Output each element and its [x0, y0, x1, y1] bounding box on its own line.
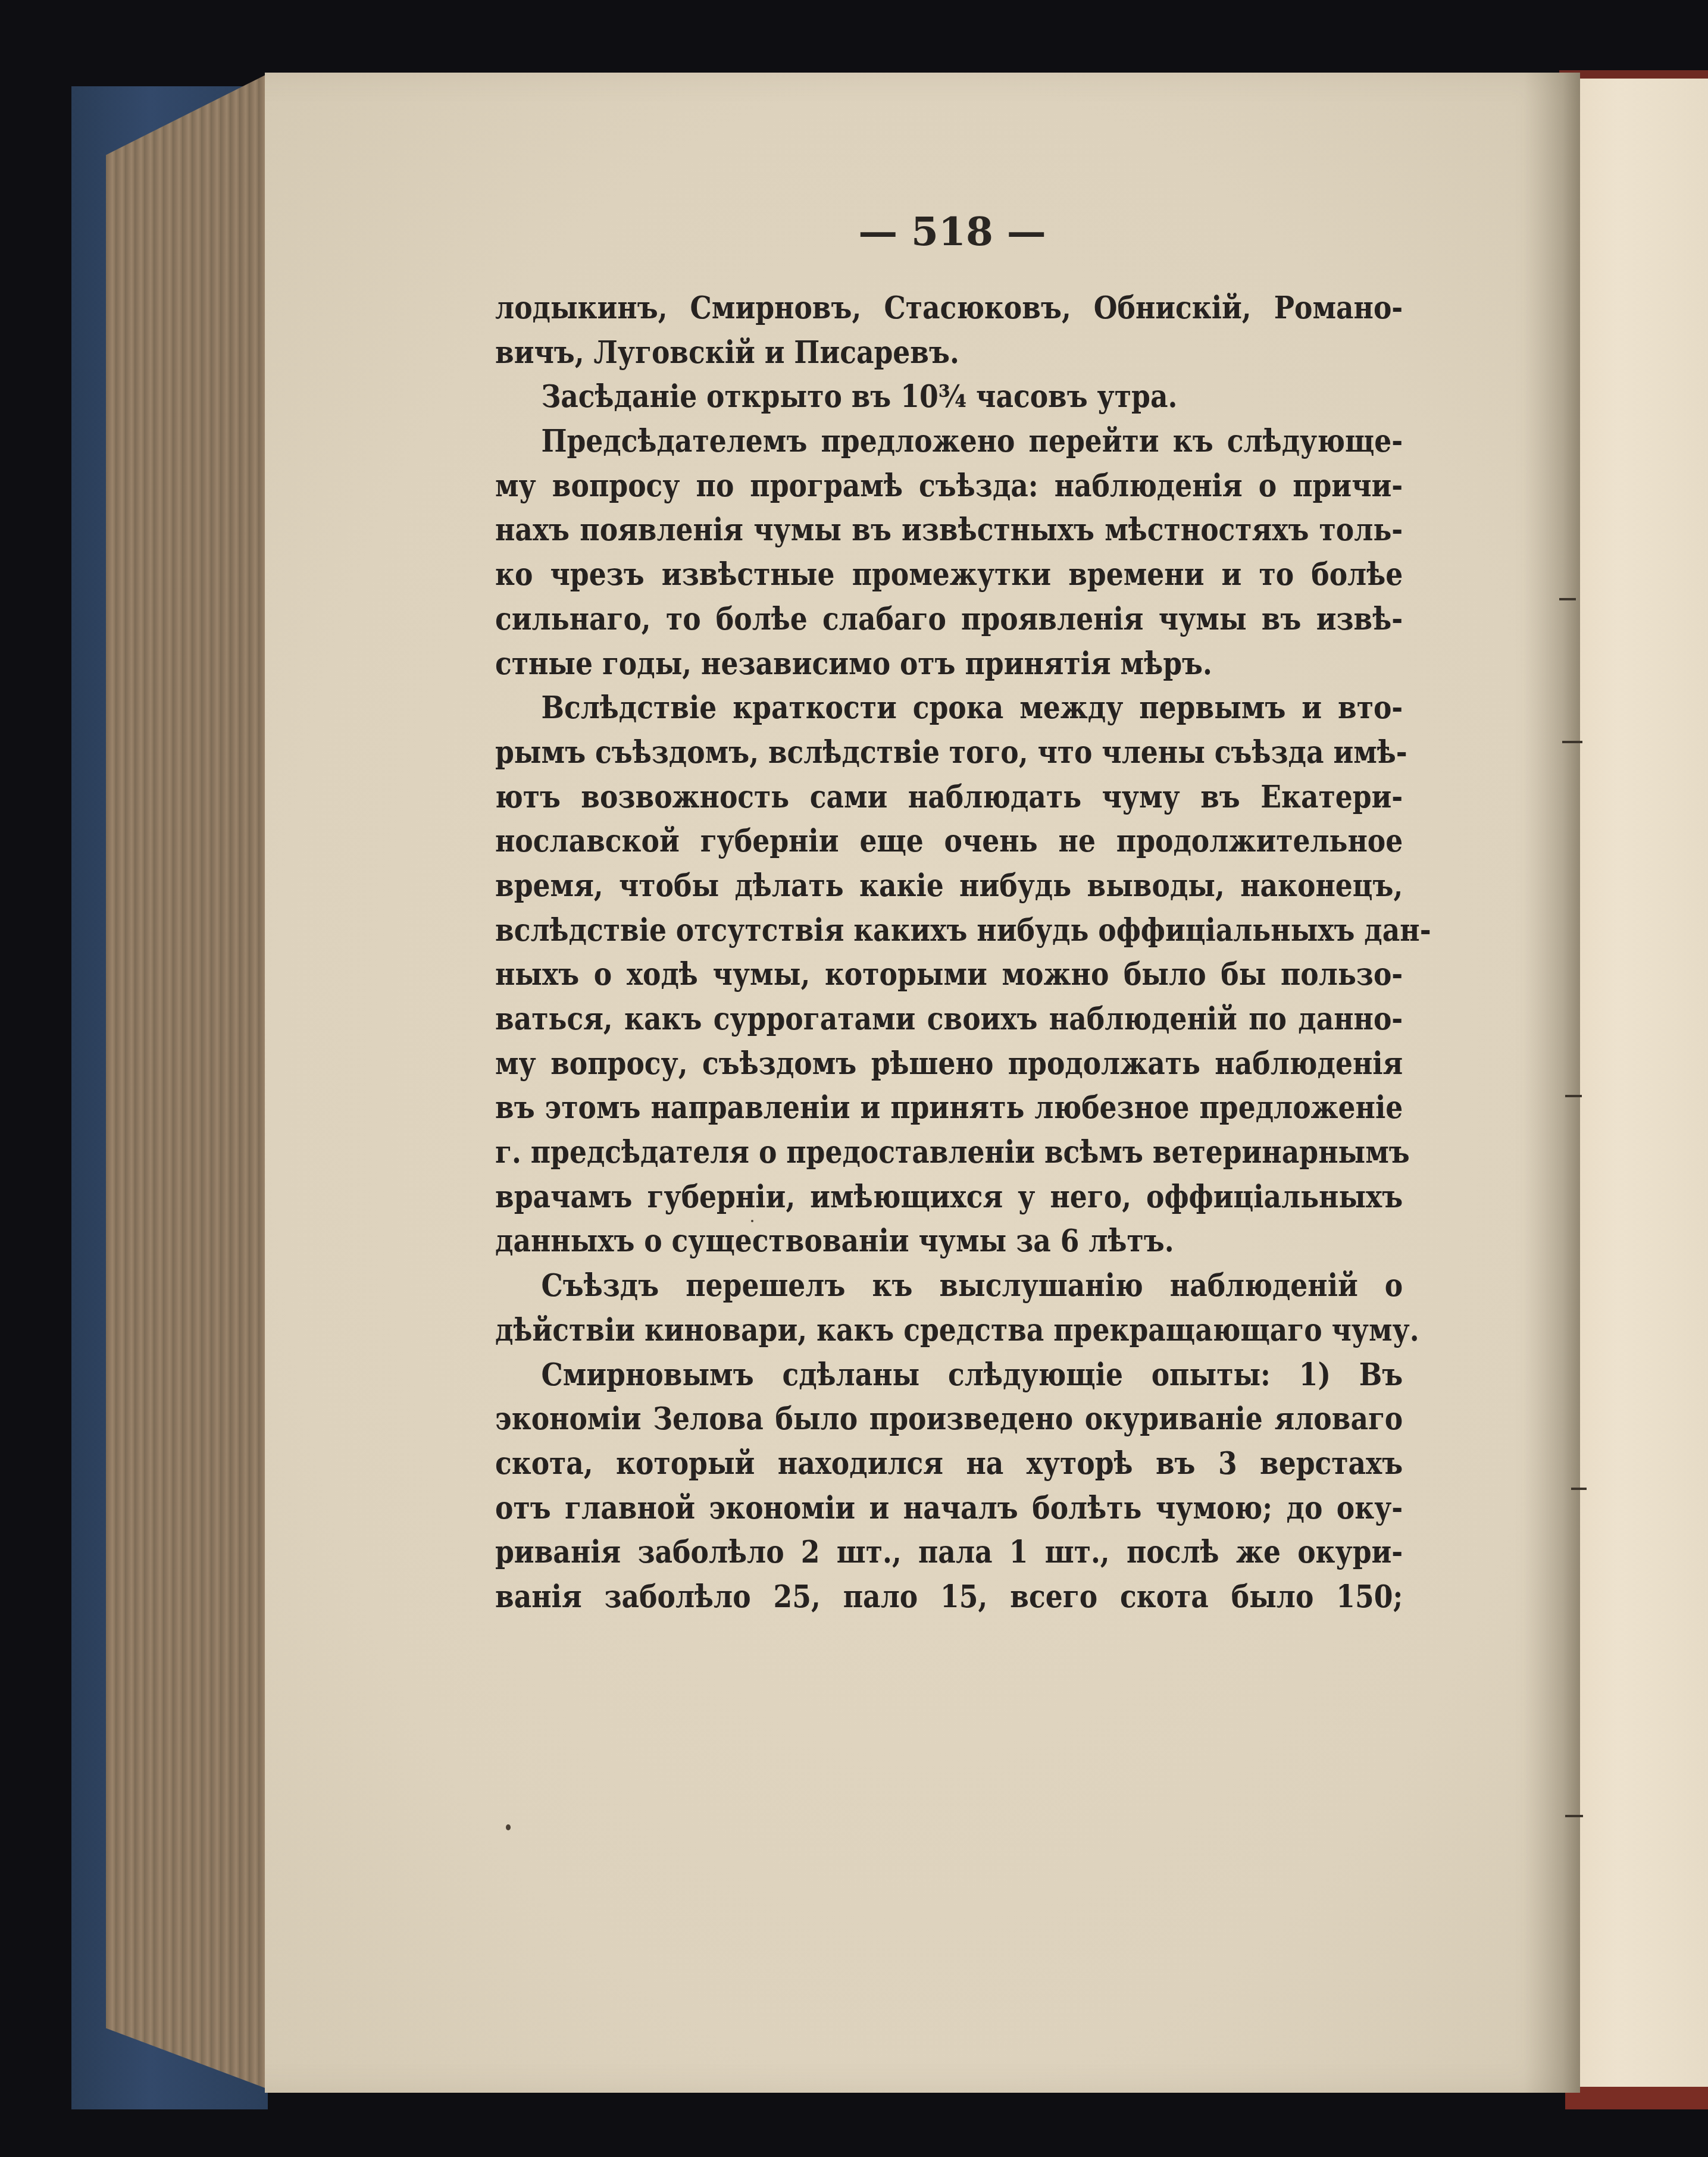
text-line: стные годы, независимо отъ принятія мѣръ…: [495, 641, 1403, 686]
page-gutter-shadow: [1524, 73, 1580, 2093]
text-line: данныхъ о существованіи чумы за 6 лѣтъ.: [495, 1219, 1403, 1263]
text-line: время, чтобы дѣлать какіе нибудь выводы,…: [495, 863, 1403, 908]
text-line: г. предсѣдателя о предоставленіи всѣмъ в…: [495, 1130, 1403, 1175]
text-line: лодыкинъ, Смирновъ, Стасюковъ, Обнискій,…: [495, 286, 1403, 330]
margin-mark: [1571, 1488, 1587, 1490]
text-line: риванія заболѣло 2 шт., пала 1 шт., посл…: [495, 1530, 1403, 1574]
text-line: экономіи Зелова было произведено окурива…: [495, 1397, 1403, 1441]
body-text: лодыкинъ, Смирновъ, Стасюковъ, Обнискій,…: [495, 286, 1403, 1619]
facing-page-edge: [1578, 79, 1708, 2087]
text-line: нахъ появленія чумы въ извѣстныхъ мѣстно…: [495, 508, 1403, 552]
text-line: сильнаго, то болѣе слабаго проявленія чу…: [495, 597, 1403, 641]
text-line: дѣйствіи киновари, какъ средства прекращ…: [495, 1308, 1403, 1353]
text-line: врачамъ губерніи, имѣющихся у него, оффи…: [495, 1175, 1403, 1219]
scanned-book-spread: — 518 — лодыкинъ, Смирновъ, Стасюковъ, О…: [0, 0, 1708, 2157]
text-line: ныхъ о ходѣ чумы, которыми можно было бы…: [495, 952, 1403, 997]
text-line: отъ главной экономіи и началъ болѣть чум…: [495, 1486, 1403, 1530]
text-line: въ этомъ направленіи и принять любезное …: [495, 1085, 1403, 1130]
text-line: ваться, какъ суррогатами своихъ наблюден…: [495, 997, 1403, 1041]
text-line: ютъ возвожность сами наблюдать чуму въ Е…: [495, 775, 1403, 819]
margin-mark: [1565, 1815, 1583, 1817]
text-line: вслѣдствіе отсутствія какихъ нибудь оффи…: [495, 908, 1403, 953]
text-line: му вопросу по програмѣ съѣзда: наблюдені…: [495, 464, 1403, 508]
text-line: вичъ, Луговскій и Писаревъ.: [495, 330, 1403, 375]
text-line: Вслѣдствіе краткости срока между первымъ…: [495, 685, 1403, 730]
text-line: Предсѣдателемъ предложено перейти къ слѣ…: [495, 419, 1403, 464]
margin-mark: [1559, 598, 1576, 600]
paper-speck: [506, 1824, 511, 1830]
text-line: му вопросу, съѣздомъ рѣшено продолжать н…: [495, 1041, 1403, 1086]
text-line: скота, который находился на хуторѣ въ 3 …: [495, 1441, 1403, 1486]
text-line: рымъ съѣздомъ, вслѣдствіе того, что член…: [495, 730, 1403, 775]
text-line: Смирновымъ сдѣланы слѣдующіе опыты: 1) В…: [495, 1353, 1403, 1397]
margin-mark: [1565, 1095, 1582, 1097]
text-line: ко чрезъ извѣстные промежутки времени и …: [495, 552, 1403, 597]
text-line: ванія заболѣло 25, пало 15, всего скота …: [495, 1574, 1403, 1619]
page-edge-stack: [106, 74, 267, 2089]
margin-mark: [1562, 741, 1582, 743]
page-number: — 518 —: [833, 208, 1071, 262]
text-line: Засѣданіе открыто въ 10¾ часовъ утра.: [495, 374, 1403, 419]
text-line: Съѣздъ перешелъ къ выслушанію наблюденій…: [495, 1263, 1403, 1308]
text-line: нославской губерніи еще очень не продолж…: [495, 819, 1403, 863]
